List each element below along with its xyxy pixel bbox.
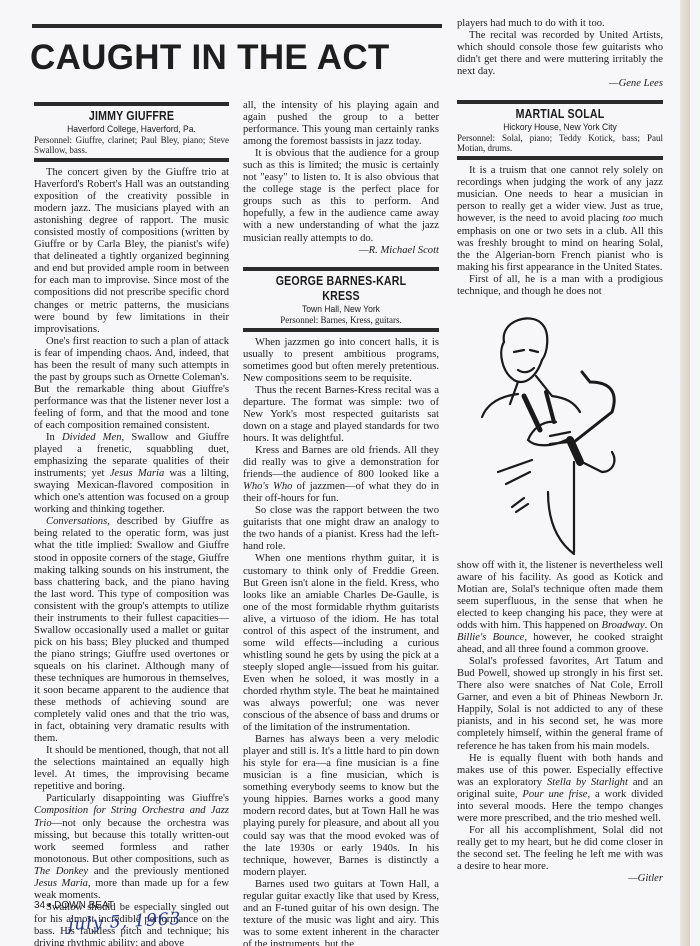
paragraph: show off with it, the listener is nevert… bbox=[457, 560, 663, 656]
paragraph: Kress and Barnes are old friends. All th… bbox=[243, 445, 439, 505]
section-rule bbox=[243, 267, 439, 271]
section-rule bbox=[243, 328, 439, 332]
paragraph: Thus the recent Barnes-Kress recital was… bbox=[243, 385, 439, 445]
section-rule bbox=[34, 102, 229, 106]
paragraph: It is a truism that one cannot rely sole… bbox=[457, 165, 663, 273]
paragraph: One's first reaction to such a plan of a… bbox=[34, 336, 229, 432]
paragraph: For all his accomplishment, Solal did no… bbox=[457, 825, 663, 873]
paragraph: In Divided Men, Swallow and Giuffre play… bbox=[34, 432, 229, 516]
section-rule bbox=[457, 100, 663, 104]
paragraph: The concert given by the Giuffre trio at… bbox=[34, 167, 229, 336]
paragraph: The recital was recorded by United Artis… bbox=[457, 30, 663, 78]
review-header-giuffre: JIMMY GIUFFRE Haverford College, Haverfo… bbox=[34, 109, 229, 155]
page-title: CAUGHT IN THE ACT bbox=[30, 38, 450, 78]
paragraph: When jazzmen go into concert halls, it i… bbox=[243, 337, 439, 385]
paragraph: Barnes used two guitars at Town Hall, a … bbox=[243, 879, 439, 946]
paragraph: Conversations, described by Giuffre as b… bbox=[34, 516, 229, 745]
title-rule bbox=[32, 24, 442, 28]
section-rule bbox=[457, 156, 663, 160]
page-edge bbox=[680, 0, 690, 946]
paragraph: He is equally fluent with both hands and… bbox=[457, 753, 663, 825]
paragraph: Solal's professed favorites, Art Tatum a… bbox=[457, 656, 663, 752]
review-header-barnes-kress: GEORGE BARNES-KARL KRESS Town Hall, New … bbox=[243, 274, 439, 325]
saxophonist-sketch-icon bbox=[462, 312, 672, 567]
magazine-page: CAUGHT IN THE ACT JIMMY GIUFFRE Haverfor… bbox=[0, 0, 690, 946]
venue: Town Hall, New York bbox=[253, 304, 429, 315]
paragraph: It is obvious that the audience for a gr… bbox=[243, 148, 439, 244]
review-header-solal: MARTIAL SOLAL Hickory House, New York Ci… bbox=[457, 107, 663, 153]
artist-name: GEORGE BARNES-KARL KRESS bbox=[258, 274, 425, 304]
venue: Haverford College, Haverford, Pa. bbox=[44, 124, 220, 135]
byline: —R. Michael Scott bbox=[243, 245, 439, 257]
artist-name: MARTIAL SOLAL bbox=[472, 107, 647, 122]
byline: —Gitler bbox=[457, 873, 663, 885]
section-rule bbox=[34, 158, 229, 162]
paragraph: It should be mentioned, though, that not… bbox=[34, 745, 229, 793]
paragraph: Barnes has always been a very melodic pl… bbox=[243, 734, 439, 879]
personnel: Personnel: Giuffre, clarinet; Paul Bley,… bbox=[34, 135, 229, 155]
artist-name: JIMMY GIUFFRE bbox=[49, 109, 215, 124]
column-2: all, the intensity of his playing again … bbox=[243, 100, 439, 946]
venue: Hickory House, New York City bbox=[467, 122, 652, 133]
column-1: JIMMY GIUFFRE Haverford College, Haverfo… bbox=[34, 102, 229, 946]
paragraph: First of all, he is a man with a prodigi… bbox=[457, 274, 663, 298]
personnel: Personnel: Solal, piano; Teddy Kotick, b… bbox=[457, 133, 663, 153]
paragraph: Particularly disappointing was Giuffre's… bbox=[34, 793, 229, 901]
byline: —Gene Lees bbox=[457, 78, 663, 90]
paragraph: players had much to do with it too. bbox=[457, 18, 663, 30]
page-footer: 34 • DOWN BEAT bbox=[34, 900, 114, 911]
paragraph: When one mentions rhythm guitar, it is c… bbox=[243, 553, 439, 734]
paragraph: all, the intensity of his playing again … bbox=[243, 100, 439, 148]
paragraph: So close was the rapport between the two… bbox=[243, 505, 439, 553]
personnel: Personnel: Barnes, Kress, guitars. bbox=[243, 315, 439, 325]
